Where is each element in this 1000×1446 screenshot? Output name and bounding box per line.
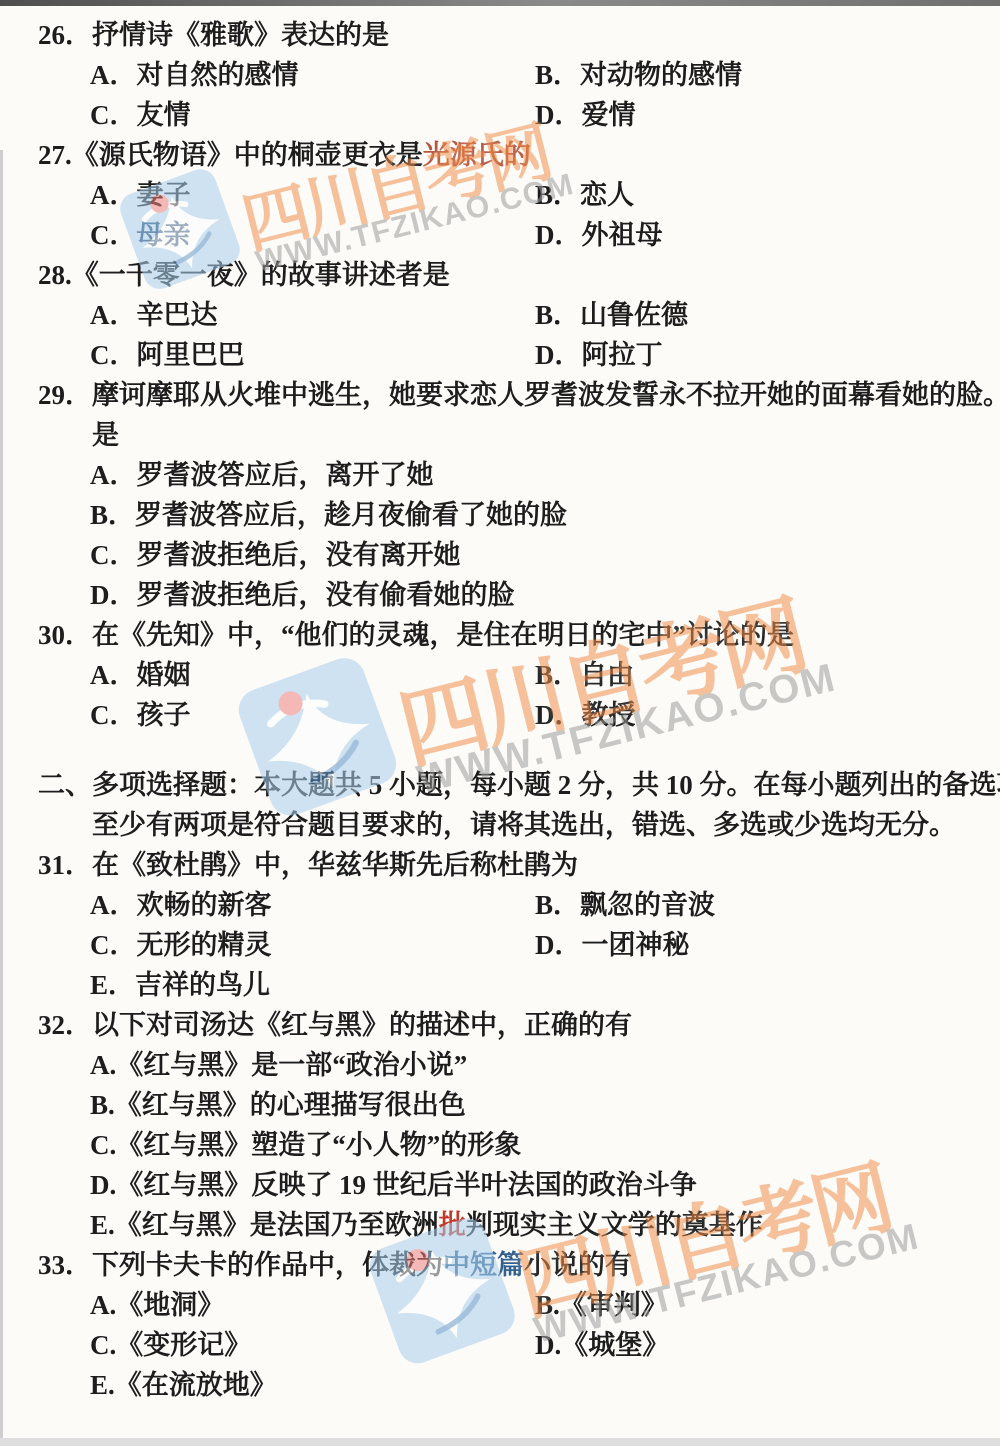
highlight-text: E.《红与黑》是法国乃至欧洲 xyxy=(90,1210,439,1240)
section-header: 二、多项选择题：本大题共 5 小题，每小题 2 分，共 10 分。在每小题列出的… xyxy=(38,765,960,845)
option: C．母亲 xyxy=(90,215,535,255)
option: C．孩子 xyxy=(90,695,535,735)
question-stem: 28.《一千零一夜》的故事讲述者是 xyxy=(38,255,960,295)
question-block: 26．抒情诗《雅歌》表达的是A．对自然的感情B．对动物的感情C．友情D．爱情 xyxy=(38,15,960,135)
question-stem: 29．摩诃摩耶从火堆中逃生，她要求恋人罗耆波发誓永不拉开她的面幕看她的脸。结果 xyxy=(38,375,960,415)
highlight-text: 光源氏的 xyxy=(423,140,531,170)
option: A.《地洞》 xyxy=(90,1285,535,1325)
question-block: 29．摩诃摩耶从火堆中逃生，她要求恋人罗耆波发誓永不拉开她的面幕看她的脸。结果是… xyxy=(38,375,960,615)
option: B．山鲁佐德 xyxy=(535,295,960,335)
option: C.《变形记》 xyxy=(90,1325,535,1365)
question-stem: 32．以下对司汤达《红与黑》的描述中，正确的有 xyxy=(38,1005,960,1045)
option: B．飘忽的音波 xyxy=(535,885,960,925)
option: A.《红与黑》是一部“政治小说” xyxy=(90,1045,960,1085)
option: B．对动物的感情 xyxy=(535,55,960,95)
option-row: C.《变形记》D.《城堡》 xyxy=(38,1325,960,1365)
option-row: A．辛巴达B．山鲁佐德 xyxy=(38,295,960,335)
scan-edge-left xyxy=(0,150,3,1446)
option-row: E.《在流放地》 xyxy=(38,1365,960,1405)
option-row: A.《地洞》B.《审判》 xyxy=(38,1285,960,1325)
option: D．一团神秘 xyxy=(535,925,960,965)
option-row: C．母亲D．外祖母 xyxy=(38,215,960,255)
highlight-text: 批 xyxy=(439,1210,466,1240)
exam-page: 26．抒情诗《雅歌》表达的是A．对自然的感情B．对动物的感情C．友情D．爱情27… xyxy=(0,0,1000,1405)
option-row: C．无形的精灵D．一团神秘 xyxy=(38,925,960,965)
highlight-text: 判现实主义文学的奠基作 xyxy=(466,1210,763,1240)
option: A．辛巴达 xyxy=(90,295,535,335)
option-row: B．罗耆波答应后，趁月夜偷看了她的脸 xyxy=(38,495,960,535)
question-block: 27.《源氏物语》中的桐壶更衣是光源氏的A．妻子B．恋人C．母亲D．外祖母 xyxy=(38,135,960,255)
option-row: C．友情D．爱情 xyxy=(38,95,960,135)
option-row: C．阿里巴巴D．阿拉丁 xyxy=(38,335,960,375)
highlight-text: 小说的有 xyxy=(524,1250,632,1280)
question-stem: 31．在《致杜鹃》中，华兹华斯先后称杜鹃为 xyxy=(38,845,960,885)
highlight-text: 33．下列卡夫卡的作品中，体裁为 xyxy=(38,1250,443,1280)
highlight-text: 母亲 xyxy=(137,220,191,250)
question-stem: 27.《源氏物语》中的桐壶更衣是光源氏的 xyxy=(38,135,960,175)
question-stem: 是 xyxy=(38,415,960,455)
option: D.《城堡》 xyxy=(535,1325,960,1365)
option: C．无形的精灵 xyxy=(90,925,535,965)
option: C．罗耆波拒绝后，没有离开她 xyxy=(90,535,960,575)
option-row: C．孩子D．教授 xyxy=(38,695,960,735)
option: A．婚姻 xyxy=(90,655,535,695)
question-block: 33．下列卡夫卡的作品中，体裁为中短篇小说的有A.《地洞》B.《审判》C.《变形… xyxy=(38,1245,960,1405)
option: B．恋人 xyxy=(535,175,960,215)
option: D．外祖母 xyxy=(535,215,960,255)
section-header-line: 二、多项选择题：本大题共 5 小题，每小题 2 分，共 10 分。在每小题列出的… xyxy=(38,765,960,805)
scan-edge-bottom xyxy=(0,1438,1000,1446)
option-row: E.《红与黑》是法国乃至欧洲批判现实主义文学的奠基作 xyxy=(38,1205,960,1245)
question-block: 30．在《先知》中，“他们的灵魂，是住在明日的宅中”讨论的是A．婚姻B．自由C．… xyxy=(38,615,960,735)
option: A．欢畅的新客 xyxy=(90,885,535,925)
question-stem: 33．下列卡夫卡的作品中，体裁为中短篇小说的有 xyxy=(38,1245,960,1285)
option: D．教授 xyxy=(535,695,960,735)
section-header-line: 至少有两项是符合题目要求的，请将其选出，错选、多选或少选均无分。 xyxy=(38,805,960,845)
question-block: 32．以下对司汤达《红与黑》的描述中，正确的有A.《红与黑》是一部“政治小说”B… xyxy=(38,1005,960,1245)
option: B．自由 xyxy=(535,655,960,695)
option: D．阿拉丁 xyxy=(535,335,960,375)
option: E.《红与黑》是法国乃至欧洲批判现实主义文学的奠基作 xyxy=(90,1205,960,1245)
option: A．对自然的感情 xyxy=(90,55,535,95)
option-row: A．罗耆波答应后，离开了她 xyxy=(38,455,960,495)
option-row: A．欢畅的新客B．飘忽的音波 xyxy=(38,885,960,925)
question-block: 28.《一千零一夜》的故事讲述者是A．辛巴达B．山鲁佐德C．阿里巴巴D．阿拉丁 xyxy=(38,255,960,375)
option-row: D.《红与黑》反映了 19 世纪后半叶法国的政治斗争 xyxy=(38,1165,960,1205)
option: E．吉祥的鸟儿 xyxy=(90,965,960,1005)
option: A．罗耆波答应后，离开了她 xyxy=(90,455,960,495)
option-row: A．对自然的感情B．对动物的感情 xyxy=(38,55,960,95)
option-row: A．妻子B．恋人 xyxy=(38,175,960,215)
question-stem: 30．在《先知》中，“他们的灵魂，是住在明日的宅中”讨论的是 xyxy=(38,615,960,655)
scan-edge-top xyxy=(0,0,1000,6)
option: D.《红与黑》反映了 19 世纪后半叶法国的政治斗争 xyxy=(90,1165,960,1205)
option-row: A.《红与黑》是一部“政治小说” xyxy=(38,1045,960,1085)
option: A．妻子 xyxy=(90,175,535,215)
option: C．阿里巴巴 xyxy=(90,335,535,375)
option-row: B.《红与黑》的心理描写很出色 xyxy=(38,1085,960,1125)
option: D．爱情 xyxy=(535,95,960,135)
option: C．友情 xyxy=(90,95,535,135)
question-block: 31．在《致杜鹃》中，华兹华斯先后称杜鹃为A．欢畅的新客B．飘忽的音波C．无形的… xyxy=(38,845,960,1005)
highlight-text: 中短篇 xyxy=(443,1250,524,1280)
highlight-text: 27.《源氏物语》中的桐壶更衣是 xyxy=(38,140,423,170)
option: E.《在流放地》 xyxy=(90,1365,960,1405)
option: C.《红与黑》塑造了“小人物”的形象 xyxy=(90,1125,960,1165)
option-row: D．罗耆波拒绝后，没有偷看她的脸 xyxy=(38,575,960,615)
option: D．罗耆波拒绝后，没有偷看她的脸 xyxy=(90,575,960,615)
option: B．罗耆波答应后，趁月夜偷看了她的脸 xyxy=(90,495,960,535)
option: B.《红与黑》的心理描写很出色 xyxy=(90,1085,960,1125)
option-row: C.《红与黑》塑造了“小人物”的形象 xyxy=(38,1125,960,1165)
option-row: E．吉祥的鸟儿 xyxy=(38,965,960,1005)
option-row: C．罗耆波拒绝后，没有离开她 xyxy=(38,535,960,575)
option-row: A．婚姻B．自由 xyxy=(38,655,960,695)
option: B.《审判》 xyxy=(535,1285,960,1325)
question-stem: 26．抒情诗《雅歌》表达的是 xyxy=(38,15,960,55)
highlight-text: C． xyxy=(90,220,137,250)
